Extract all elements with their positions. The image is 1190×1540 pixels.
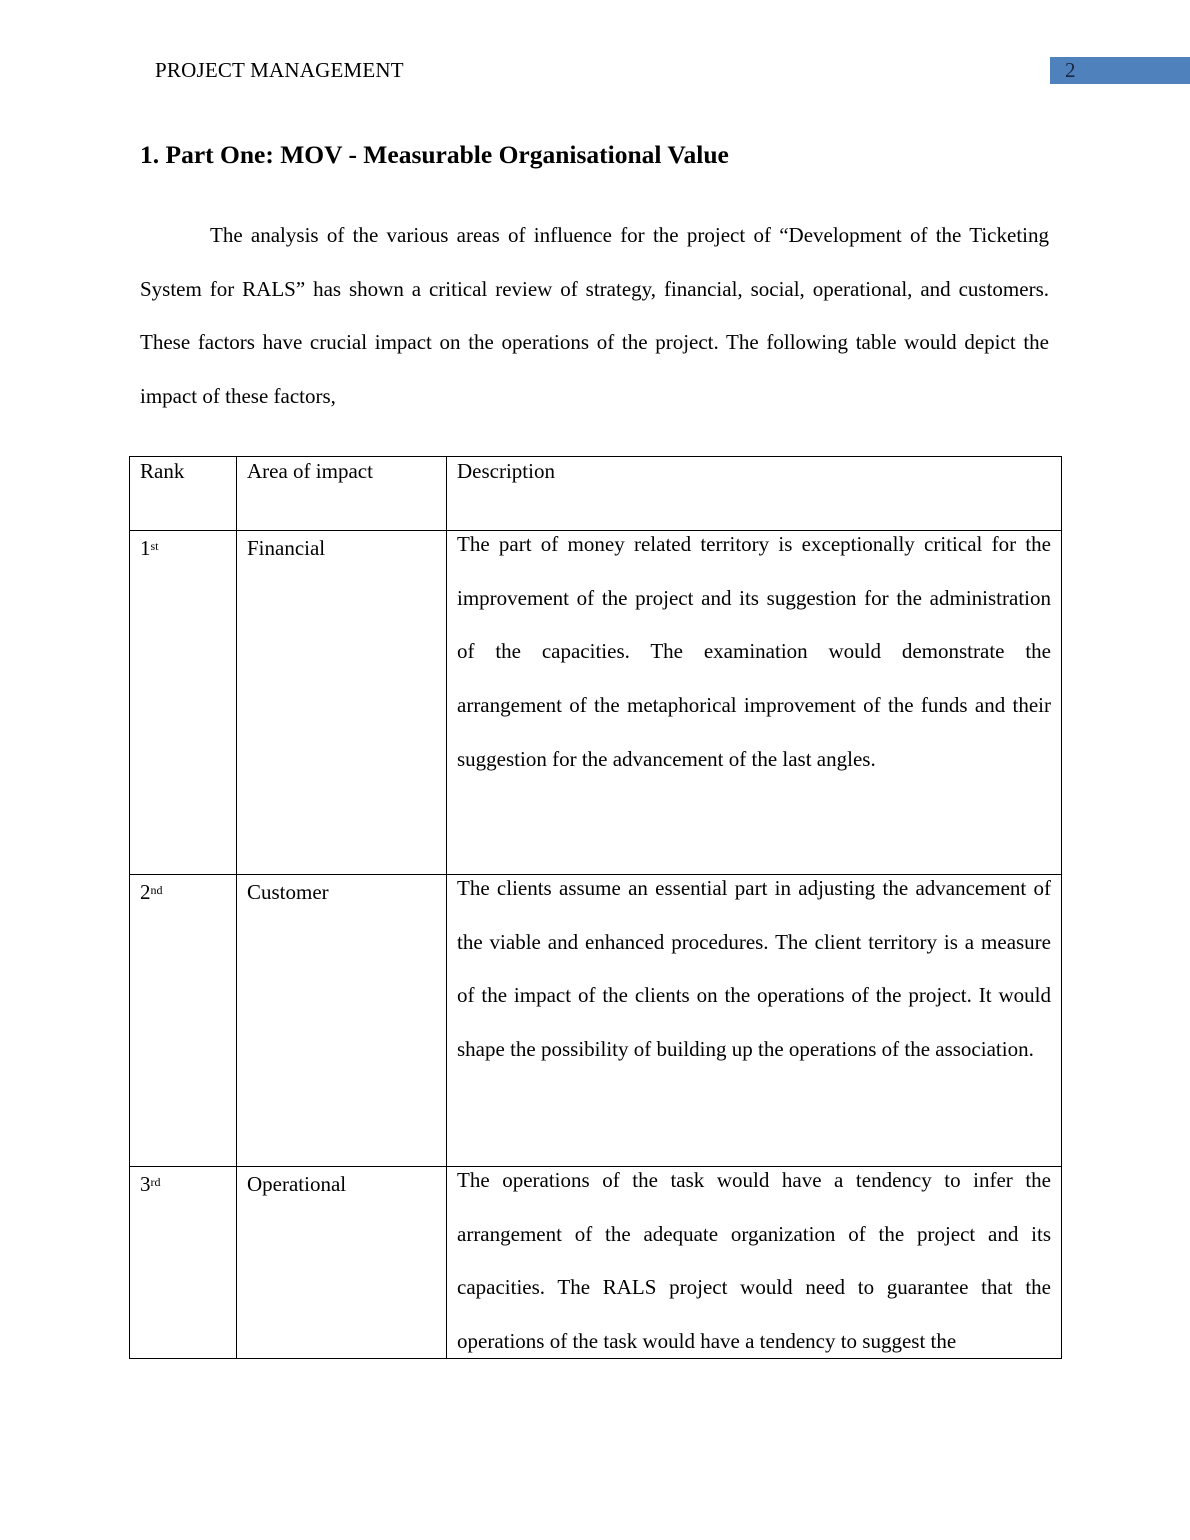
header-area: Area of impact xyxy=(237,457,447,531)
area-cell: Customer xyxy=(237,875,447,1167)
rank-cell: 1st xyxy=(130,531,237,875)
rank-cell: 3rd xyxy=(130,1167,237,1359)
header-rank: Rank xyxy=(130,457,237,531)
table-row: 1st Financial The part of money related … xyxy=(130,531,1062,875)
running-title: PROJECT MANAGEMENT xyxy=(155,58,404,83)
section-heading: 1. Part One: MOV - Measurable Organisati… xyxy=(140,140,729,170)
area-cell: Operational xyxy=(237,1167,447,1359)
impact-table: Rank Area of impact Description 1st Fina… xyxy=(129,456,1062,1359)
page-number-box: 2 xyxy=(1050,57,1190,84)
table-row: 2nd Customer The clients assume an essen… xyxy=(130,875,1062,1167)
description-cell: The operations of the task would have a … xyxy=(447,1167,1062,1359)
page-number: 2 xyxy=(1065,58,1076,83)
table-row: 3rd Operational The operations of the ta… xyxy=(130,1167,1062,1359)
intro-paragraph: The analysis of the various areas of inf… xyxy=(140,209,1049,424)
area-cell: Financial xyxy=(237,531,447,875)
description-cell: The part of money related territory is e… xyxy=(447,531,1062,875)
rank-cell: 2nd xyxy=(130,875,237,1167)
description-cell: The clients assume an essential part in … xyxy=(447,875,1062,1167)
